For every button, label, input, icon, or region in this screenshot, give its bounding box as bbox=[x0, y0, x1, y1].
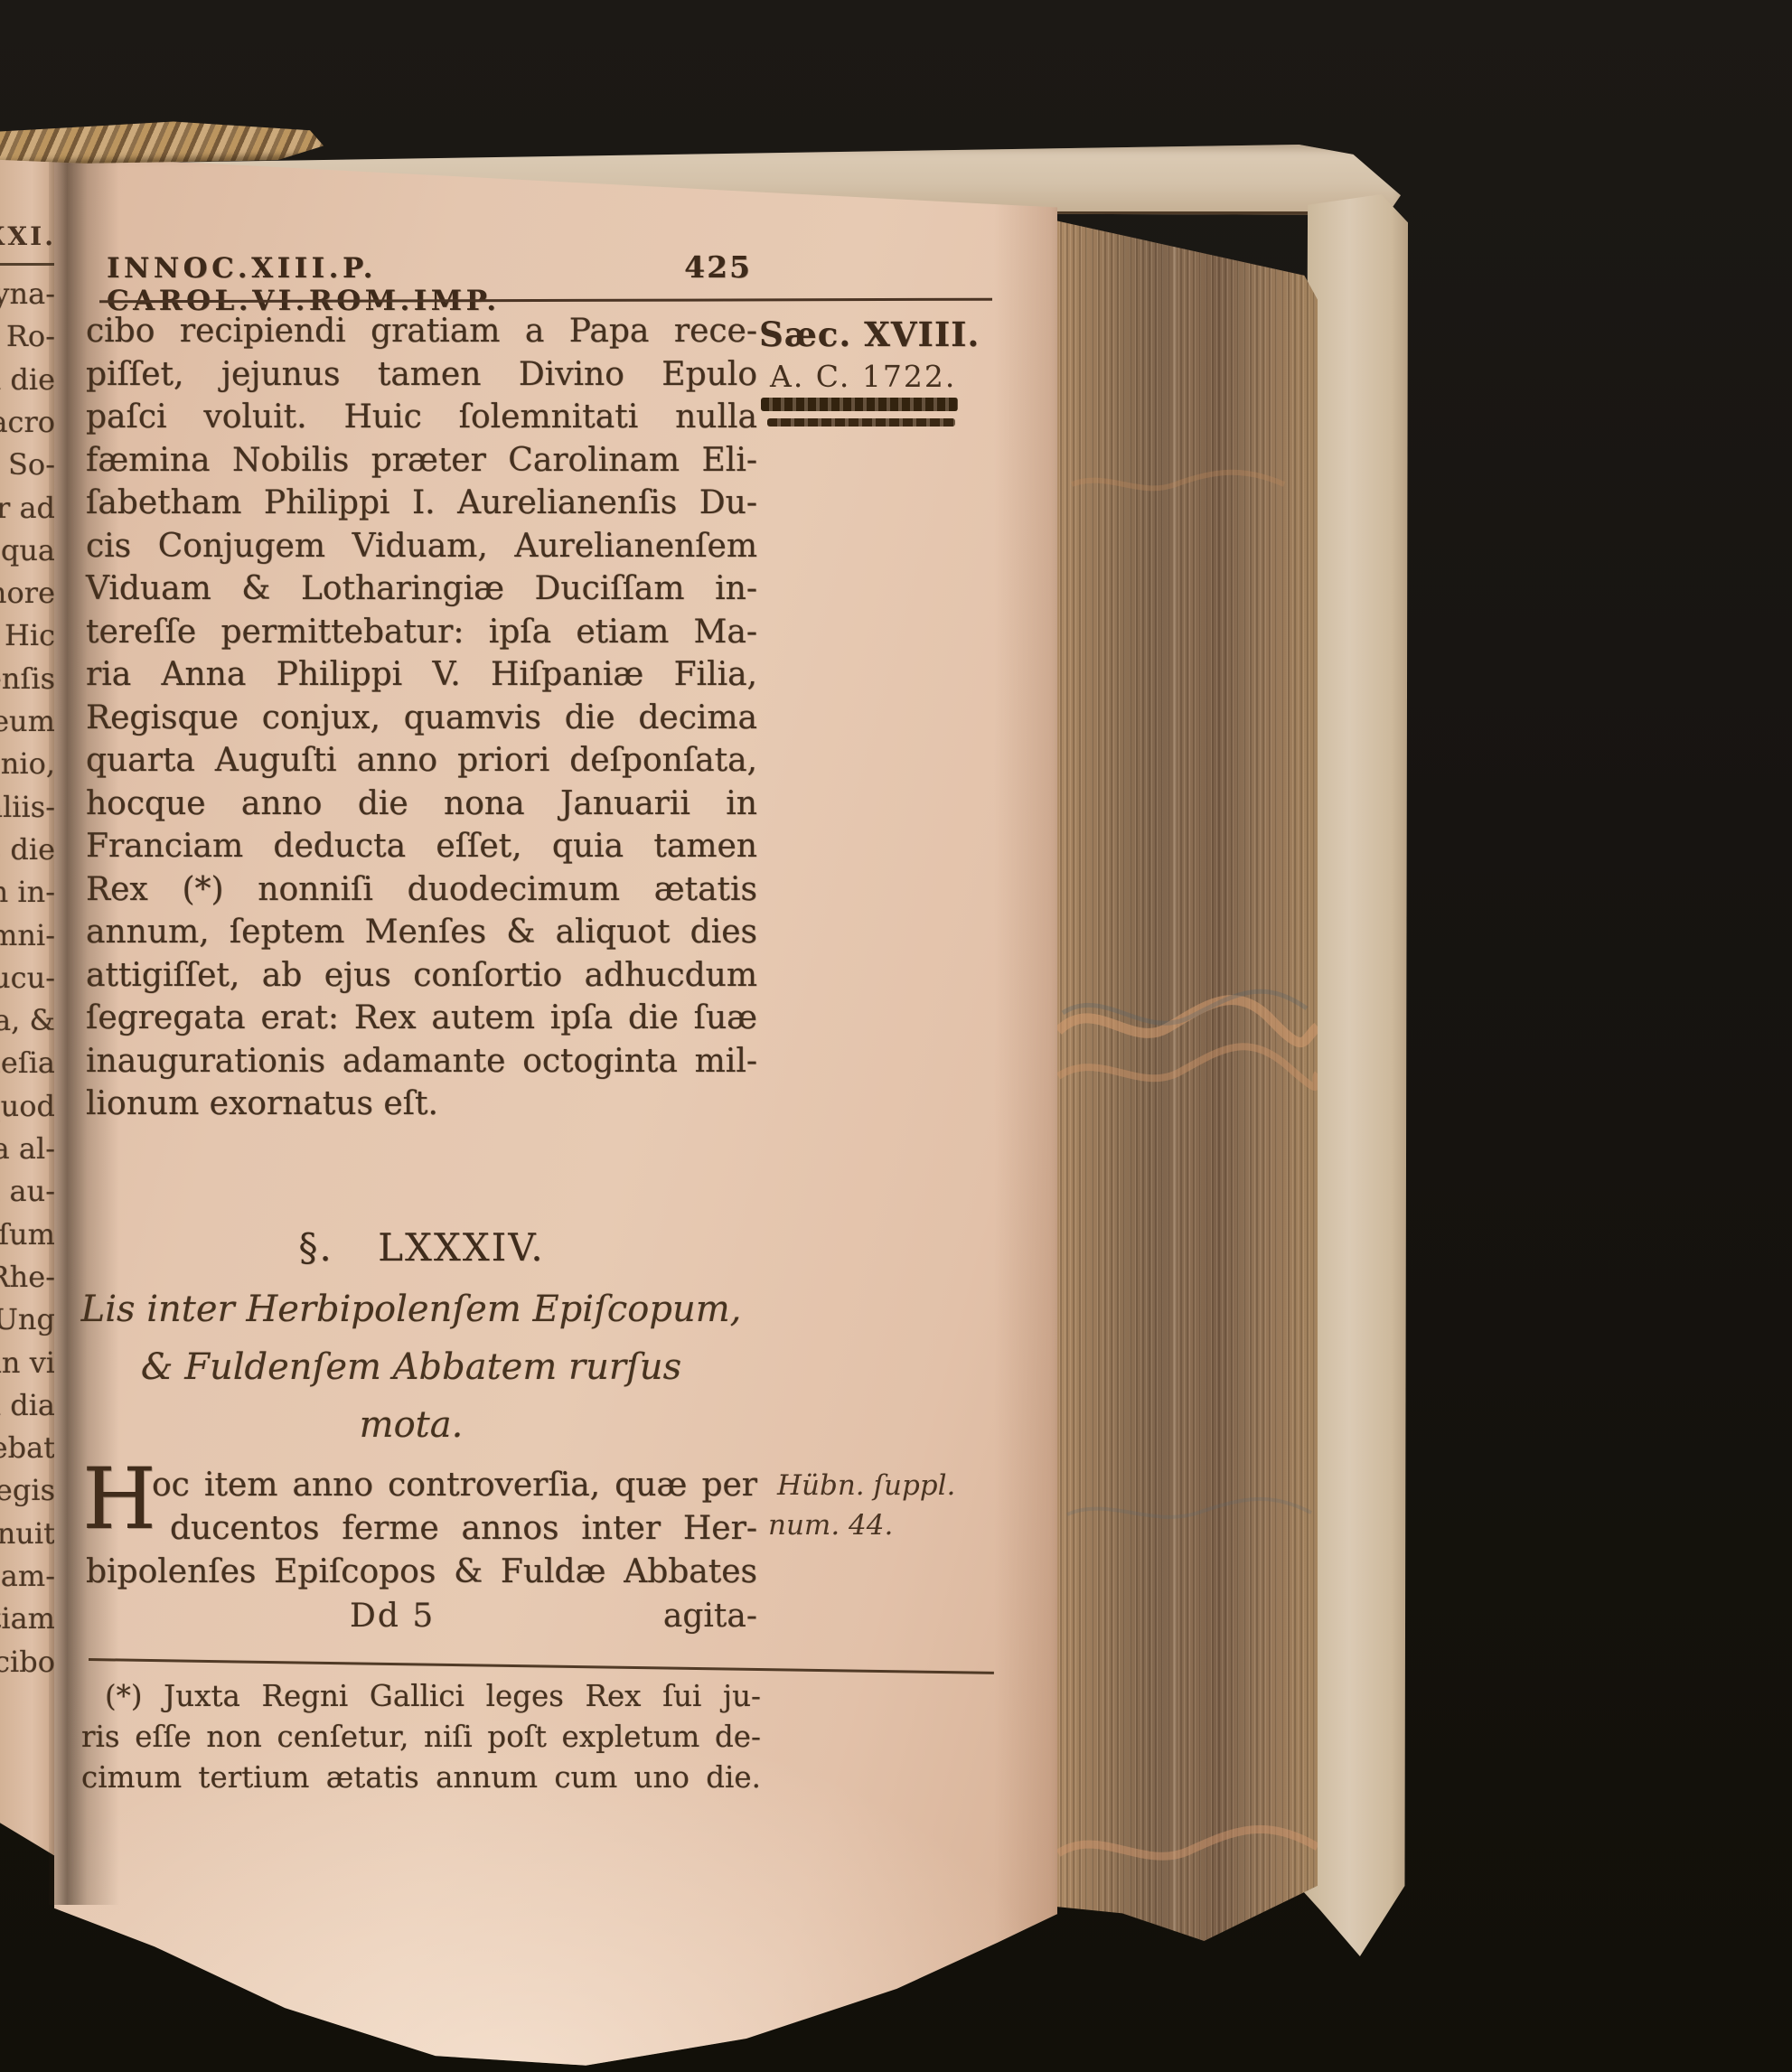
left-page-fragment: cibo bbox=[0, 1645, 55, 1679]
page-number: 425 bbox=[684, 249, 752, 285]
left-page-sliver: CCXXI. mofyna-nt, Ro-gem dieri facroft. … bbox=[0, 134, 58, 1882]
left-page-fragment: Eccleſia bbox=[0, 1045, 55, 1080]
section-heading: §. LXXXIV. bbox=[86, 1225, 757, 1270]
drop-cap: H bbox=[82, 1464, 156, 1536]
left-page-fragment: ft. So- bbox=[0, 447, 55, 482]
margin-rule-thin bbox=[767, 418, 955, 427]
left-page-fragment: ena au- bbox=[0, 1174, 55, 1208]
body-line: cibo recipiendi gratiam a Papa rece- bbox=[86, 313, 757, 350]
margin-rule-thick bbox=[761, 398, 958, 411]
catchword: agita- bbox=[663, 1598, 757, 1635]
left-page-fragment: ro more bbox=[0, 576, 55, 610]
left-page-fragments: mofyna-nt, Ro-gem dieri facroft. So-batu… bbox=[0, 134, 58, 1882]
margin-note-year: A. C. 1722. bbox=[770, 359, 956, 394]
body-line: lionum exornatus eſt. bbox=[86, 1085, 757, 1122]
left-page-fragment: ferebat bbox=[0, 1430, 55, 1465]
left-page-fragment: to in vi bbox=[0, 1345, 55, 1380]
left-page-fragment: ibus die bbox=[0, 832, 55, 867]
left-page-fragment: s, aliis- bbox=[0, 790, 55, 824]
left-page-fragment: s: Ung bbox=[0, 1302, 55, 1336]
body-line: Regisque conjux, quamvis die decima bbox=[86, 699, 757, 736]
body-line: ſegregata erat: Rex autem ipſa die ſuæ bbox=[86, 999, 757, 1036]
footnote-line: ris eſſe non cenſetur, niſi poſt expletu… bbox=[81, 1720, 761, 1754]
left-page-fragment: ar, Hic bbox=[0, 618, 55, 652]
left-page-fragment: folemni- bbox=[0, 918, 55, 952]
book-page: INNOC.XIII.P. CAROL.VI.ROM.IMP. 425 Sæc.… bbox=[54, 152, 1057, 2069]
signature-mark: Dd 5 bbox=[350, 1598, 435, 1635]
body-line: inaugurationis adamante octoginta mil- bbox=[86, 1043, 757, 1080]
body-line: fæmina Nobilis præter Carolinam Eli- bbox=[86, 442, 757, 479]
subtitle-line: Lis inter Herbipolenſem Epiſcopum, bbox=[65, 1289, 757, 1330]
margin-note-citation-number: num. 44. bbox=[768, 1509, 893, 1542]
body-line: hocque anno die nona Januarii in bbox=[86, 785, 757, 822]
left-page-fragment: finita, & bbox=[0, 1003, 55, 1037]
book-photo: CCXXI. mofyna-nt, Ro-gem dieri facroft. … bbox=[0, 0, 1792, 2072]
paragraph-line: ducentos ferme annos inter Her- bbox=[170, 1510, 757, 1547]
subtitle-line: & Fuldenſem Abbatem rurſus bbox=[65, 1346, 757, 1388]
footnote-line: (*) Juxta Regni Gallici leges Rex ſui ju… bbox=[81, 1679, 761, 1713]
body-line: paſci voluit. Huic ſolemnitati nulla bbox=[86, 398, 757, 436]
margin-note-saeculum: Sæc. XVIII. bbox=[759, 314, 980, 354]
left-page-fragment: Menſis bbox=[0, 661, 55, 696]
left-page-fragment: mofyna- bbox=[0, 277, 55, 311]
body-line: cis Conjugem Viduam, Aurelianenſem bbox=[86, 528, 757, 565]
left-page-fragment: bem in- bbox=[0, 875, 55, 909]
left-page-fragment: ri facro bbox=[0, 405, 55, 439]
left-page-fragment: enula al- bbox=[0, 1131, 55, 1166]
left-page-fragment: Tenuit bbox=[0, 1516, 55, 1551]
body-line: Rex (*) nonniſi duodecimum ætatis bbox=[86, 871, 757, 908]
left-page-fragment: orbonio, bbox=[0, 746, 55, 781]
body-line: tereſſe permittebatur: ipſa etiam Ma- bbox=[86, 614, 757, 651]
subtitle-line: mota. bbox=[65, 1404, 757, 1446]
body-line: Franciam deducta eſſet, quia tamen bbox=[86, 828, 757, 865]
paragraph-line: bipolenſes Epiſcopos & Fuldæ Abbates bbox=[86, 1553, 757, 1590]
margin-note-citation: Hübn. ſuppl. bbox=[777, 1469, 955, 1502]
left-page-fragment: um dia bbox=[0, 1388, 55, 1422]
left-page-fragment: effuſum bbox=[0, 1217, 55, 1252]
page-header: INNOC.XIII.P. CAROL.VI.ROM.IMP. 425 bbox=[107, 249, 752, 317]
left-page-fragment: & quam- bbox=[0, 1559, 55, 1593]
body-line: Viduam & Lotharingiæ Duciſſam in- bbox=[86, 570, 757, 607]
headband-cord bbox=[0, 117, 324, 166]
left-page-fragment: us eum bbox=[0, 704, 55, 738]
body-line: piſſet, jejunus tamen Divino Epulo bbox=[86, 356, 757, 393]
left-page-fragment: em, qua bbox=[0, 533, 55, 567]
paragraph-line: oc item anno controverſia, quæ per bbox=[152, 1467, 757, 1504]
left-page-fragment: eo, quod bbox=[0, 1089, 55, 1123]
running-title: INNOC.XIII.P. CAROL.VI.ROM.IMP. bbox=[107, 252, 684, 317]
fore-edge-marbling bbox=[1054, 213, 1318, 1941]
fore-edge bbox=[1054, 213, 1318, 1941]
body-line: annum, ſeptem Menſes & aliquot dies bbox=[86, 914, 757, 951]
left-page-fragment: batur ad bbox=[0, 491, 55, 525]
body-line: attigiſſet, ab ejus conſortio adhucdum bbox=[86, 957, 757, 994]
body-line: ſabetham Philippi I. Aurelianenſis Du- bbox=[86, 484, 757, 521]
left-page-fragment: po Rhe- bbox=[0, 1260, 55, 1294]
left-page-fragment: nt, Ro- bbox=[0, 319, 55, 353]
footnote-line: cimum tertium ætatis annum cum uno die. bbox=[81, 1760, 761, 1795]
body-line: quarta Auguſti anno priori deſponſata, bbox=[86, 742, 757, 779]
left-page-fragment: us lucu- bbox=[0, 961, 55, 995]
signature-line: Dd 5 agita- bbox=[86, 1598, 757, 1635]
left-page-fragment: gem die bbox=[0, 362, 55, 397]
left-page-fragment: to etiam bbox=[0, 1601, 55, 1636]
body-line: ria Anna Philippi V. Hiſpaniæ Filia, bbox=[86, 656, 757, 693]
footnote-rule bbox=[89, 1658, 994, 1674]
left-page-fragment: e Regis bbox=[0, 1473, 55, 1507]
